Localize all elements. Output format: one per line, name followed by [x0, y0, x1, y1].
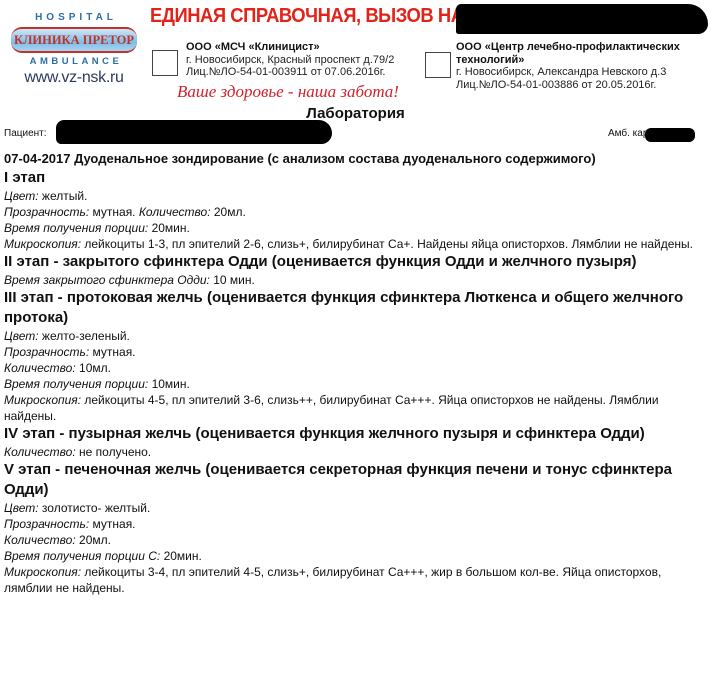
result-key: Микроскопия:	[4, 565, 81, 579]
result-value: мутная.	[89, 205, 139, 219]
clinic-2-checkbox	[425, 52, 451, 78]
result-line: Микроскопия: лейкоциты 1-3, пл эпителий …	[4, 236, 694, 252]
result-key: Время получения порции:	[4, 377, 148, 391]
result-value: лейкоциты 1-3, пл эпителий 2-6, слизь+, …	[81, 237, 693, 251]
result-line: Количество: не получено.	[4, 444, 694, 460]
clinic-1-checkbox	[152, 50, 178, 76]
result-line: Прозрачность: мутная. Количество: 20мл.	[4, 204, 694, 220]
logo-badge-text: КЛИНИКА ПРЕТОР	[14, 33, 134, 48]
result-value: желто-зеленый.	[39, 329, 130, 343]
stage-section: II этап - закрытого сфинктера Одди (оцен…	[4, 252, 694, 288]
stage-section: V этап - печеночная желчь (оценивается с…	[4, 460, 694, 596]
logo-ambulance-text: AMBULANCE	[4, 56, 148, 67]
redaction-card-number	[645, 128, 695, 142]
result-line: Микроскопия: лейкоциты 4-5, пл эпителий …	[4, 392, 694, 424]
result-key: Микроскопия:	[4, 237, 81, 251]
redaction-patient-name	[56, 120, 332, 144]
result-value: 10мл.	[76, 361, 111, 375]
result-value: не получено.	[76, 445, 151, 459]
result-key: Прозрачность:	[4, 345, 89, 359]
stage-section: III этап - протоковая желчь (оценивается…	[4, 288, 694, 424]
result-line: Время получения порции: 20мин.	[4, 220, 694, 236]
result-value: мутная.	[89, 517, 135, 531]
stage-heading: III этап - протоковая желчь (оценивается…	[4, 288, 694, 328]
logo-hospital-text: HOSPITAL	[4, 12, 148, 23]
result-key: Время получения порции:	[4, 221, 148, 235]
result-line: Прозрачность: мутная.	[4, 344, 694, 360]
result-key: Прозрачность:	[4, 205, 89, 219]
result-value: 20мл.	[76, 533, 111, 547]
clinic-2-name: ООО «Центр лечебно-профилактических техн…	[456, 41, 706, 66]
result-line: Время закрытого сфинктера Одди: 10 мин.	[4, 272, 694, 288]
slogan: Ваше здоровье - наша забота!	[177, 82, 399, 102]
stage-section: I этапЦвет: желтый.Прозрачность: мутная.…	[4, 168, 694, 252]
result-line: Цвет: желтый.	[4, 188, 694, 204]
stage-heading: IV этап - пузырная желчь (оценивается фу…	[4, 424, 694, 444]
result-value: 10 мин.	[210, 273, 255, 287]
result-line: Прозрачность: мутная.	[4, 516, 694, 532]
stage-heading: I этап	[4, 168, 694, 188]
clinic-2-info: ООО «Центр лечебно-профилактических техн…	[456, 41, 706, 91]
result-line: Количество: 20мл.	[4, 532, 694, 548]
result-value: 10мин.	[148, 377, 190, 391]
stage-heading: V этап - печеночная желчь (оценивается с…	[4, 460, 694, 500]
clinic-2-license: Лиц.№ЛО-54-01-003886 от 20.05.2016г.	[456, 79, 706, 92]
result-line: Цвет: золотисто- желтый.	[4, 500, 694, 516]
result-value: лейкоциты 4-5, пл эпителий 3-6, слизь++,…	[4, 393, 659, 423]
letterhead: HOSPITAL КЛИНИКА ПРЕТОР AMBULANCE www.vz…	[0, 0, 711, 104]
clinic-2-address: г. Новосибирск, Александра Невского д.3	[456, 66, 706, 79]
stages-list: I этапЦвет: желтый.Прозрачность: мутная.…	[4, 168, 694, 596]
patient-label: Пациент:	[4, 128, 47, 139]
result-line: Количество: 10мл.	[4, 360, 694, 376]
stage-section: IV этап - пузырная желчь (оценивается фу…	[4, 424, 694, 460]
clinic-1-address: г. Новосибирск, Красный проспект д.79/2	[186, 54, 394, 67]
clinic-logo: HOSPITAL КЛИНИКА ПРЕТОР AMBULANCE www.vz…	[0, 12, 148, 87]
result-value: 20мл.	[211, 205, 246, 219]
clinic-1-name: ООО «МСЧ «Клиницист»	[186, 41, 394, 54]
test-title: 07-04-2017 Дуоденальное зондирование (с …	[4, 151, 596, 166]
redaction-phone	[456, 4, 708, 34]
result-value: лейкоциты 3-4, пл эпителий 4-5, слизь+, …	[4, 565, 661, 595]
result-key: Время закрытого сфинктера Одди:	[4, 273, 210, 287]
logo-badge: КЛИНИКА ПРЕТОР	[11, 27, 137, 53]
result-value: 20мин.	[160, 549, 202, 563]
result-key: Прозрачность:	[4, 517, 89, 531]
result-value: желтый.	[39, 189, 88, 203]
result-line: Цвет: желто-зеленый.	[4, 328, 694, 344]
result-line: Время получения порции С: 20мин.	[4, 548, 694, 564]
result-key: Количество:	[4, 533, 76, 547]
result-key: Цвет:	[4, 329, 39, 343]
clinic-1-license: Лиц.№ЛО-54-01-003911 от 07.06.2016г.	[186, 66, 394, 79]
result-key: Количество:	[4, 445, 76, 459]
stage-heading: II этап - закрытого сфинктера Одди (оцен…	[4, 252, 694, 272]
result-line: Микроскопия: лейкоциты 3-4, пл эпителий …	[4, 564, 694, 596]
result-key: Цвет:	[4, 501, 39, 515]
result-value: мутная.	[89, 345, 135, 359]
result-key: Количество:	[4, 361, 76, 375]
result-key: Время получения порции С:	[4, 549, 160, 563]
result-key: Количество:	[139, 205, 211, 219]
website-url: www.vz-nsk.ru	[0, 69, 148, 87]
result-key: Цвет:	[4, 189, 39, 203]
result-line: Время получения порции: 10мин.	[4, 376, 694, 392]
result-value: золотисто- желтый.	[39, 501, 151, 515]
clinic-1-info: ООО «МСЧ «Клиницист» г. Новосибирск, Кра…	[186, 41, 394, 79]
result-key: Микроскопия:	[4, 393, 81, 407]
result-value: 20мин.	[148, 221, 190, 235]
